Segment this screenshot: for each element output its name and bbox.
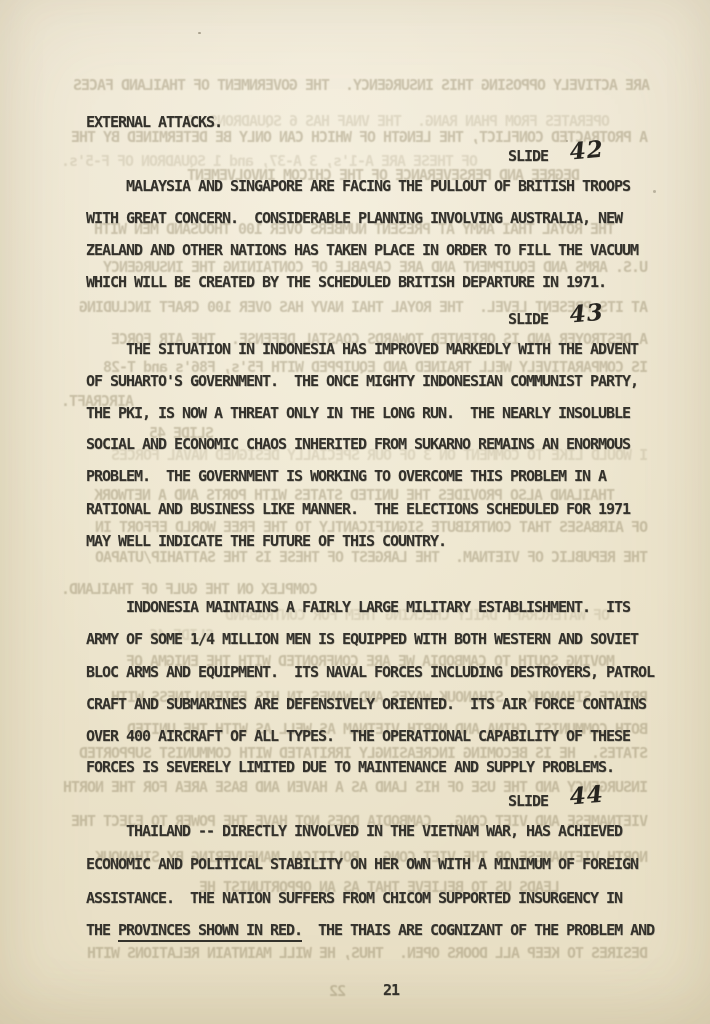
text-line: BLOC ARMS AND EQUIPMENT. ITS NAVAL FORCE…	[86, 663, 654, 681]
text-line: WITH GREAT CONCERN. CONSIDERABLE PLANNIN…	[86, 209, 622, 227]
bleed-through-line: THE REPUBLIC OF VIETNAM. THE LARGEST OF …	[96, 548, 648, 566]
text-line: PROBLEM. THE GOVERNMENT IS WORKING TO OV…	[86, 467, 606, 485]
text-line: SOCIAL AND ECONOMIC CHAOS INHERITED FROM…	[86, 435, 630, 453]
scanned-page: ARE ACTIVELY OPPOSING THIS INSURGENCY. T…	[0, 0, 710, 1024]
page-number: 21	[383, 981, 399, 999]
paper-speck	[198, 32, 201, 34]
text-line: THE PKI, IS NOW A THREAT ONLY IN THE LON…	[86, 404, 630, 422]
text-line: MALAYSIA AND SINGAPORE ARE FACING THE PU…	[86, 177, 630, 195]
slide-label: SLIDE	[508, 147, 548, 165]
text-line: INDONESIA MAINTAINS A FAIRLY LARGE MILIT…	[86, 598, 630, 616]
text-segment: THE THAIS ARE COGNIZANT OF THE PROBLEM A…	[302, 921, 654, 939]
slide-marker: SLIDE42	[508, 145, 604, 165]
underlined-text: PROVINCES SHOWN IN RED.	[118, 921, 302, 942]
text-line: CRAFT AND SUBMARINES ARE DEFENSIVELY ORI…	[86, 695, 646, 713]
text-segment: THE	[86, 921, 118, 939]
slide-label: SLIDE	[508, 792, 548, 810]
text-line: OF SUHARTO'S GOVERNMENT. THE ONCE MIGHTY…	[86, 372, 638, 390]
slide-marker: SLIDE44	[508, 790, 604, 810]
text-line: ZEALAND AND OTHER NATIONS HAS TAKEN PLAC…	[86, 241, 638, 259]
text-line: EXTERNAL ATTACKS.	[86, 113, 222, 131]
text-line: THE SITUATION IN INDONESIA HAS IMPROVED …	[86, 340, 638, 358]
text-line: OVER 400 AIRCRAFT OF ALL TYPES. THE OPER…	[86, 727, 630, 745]
bleed-through-line: ARE ACTIVELY OPPOSING THIS INSURGENCY. T…	[74, 76, 650, 94]
text-line: RATIONAL AND BUSINESS LIKE MANNER. THE E…	[86, 500, 630, 518]
handwritten-slide-number: 44	[569, 786, 604, 807]
text-line: ARMY OF SOME 1/4 MILLION MEN IS EQUIPPED…	[86, 630, 638, 648]
handwritten-slide-number: 43	[569, 304, 604, 325]
text-line: THE PROVINCES SHOWN IN RED. THE THAIS AR…	[86, 921, 654, 939]
text-line: THAILAND -- DIRECTLY INVOLVED IN THE VIE…	[86, 822, 622, 840]
bleed-through-line: DESIRES TO KEEP ALL DOORS OPEN. THUS, HE…	[88, 944, 648, 962]
slide-label: SLIDE	[508, 310, 548, 328]
bleed-through-line: COMPLEX ON THE GULF OF THAILAND.	[62, 580, 318, 598]
bleed-through-line: 22	[330, 982, 346, 1000]
text-line: FORCES IS SEVERELY LIMITED DUE TO MAINTE…	[86, 758, 614, 776]
text-line: ECONOMIC AND POLITICAL STABILITY ON HER …	[86, 855, 638, 873]
handwritten-slide-number: 42	[569, 141, 604, 162]
paper-speck	[653, 190, 656, 193]
text-line: WHICH WILL BE CREATED BY THE SCHEDULED B…	[86, 273, 606, 291]
text-line: MAY WELL INDICATE THE FUTURE OF THIS COU…	[86, 532, 446, 550]
text-line: ASSISTANCE. THE NATION SUFFERS FROM CHIC…	[86, 889, 622, 907]
slide-marker: SLIDE43	[508, 308, 604, 328]
